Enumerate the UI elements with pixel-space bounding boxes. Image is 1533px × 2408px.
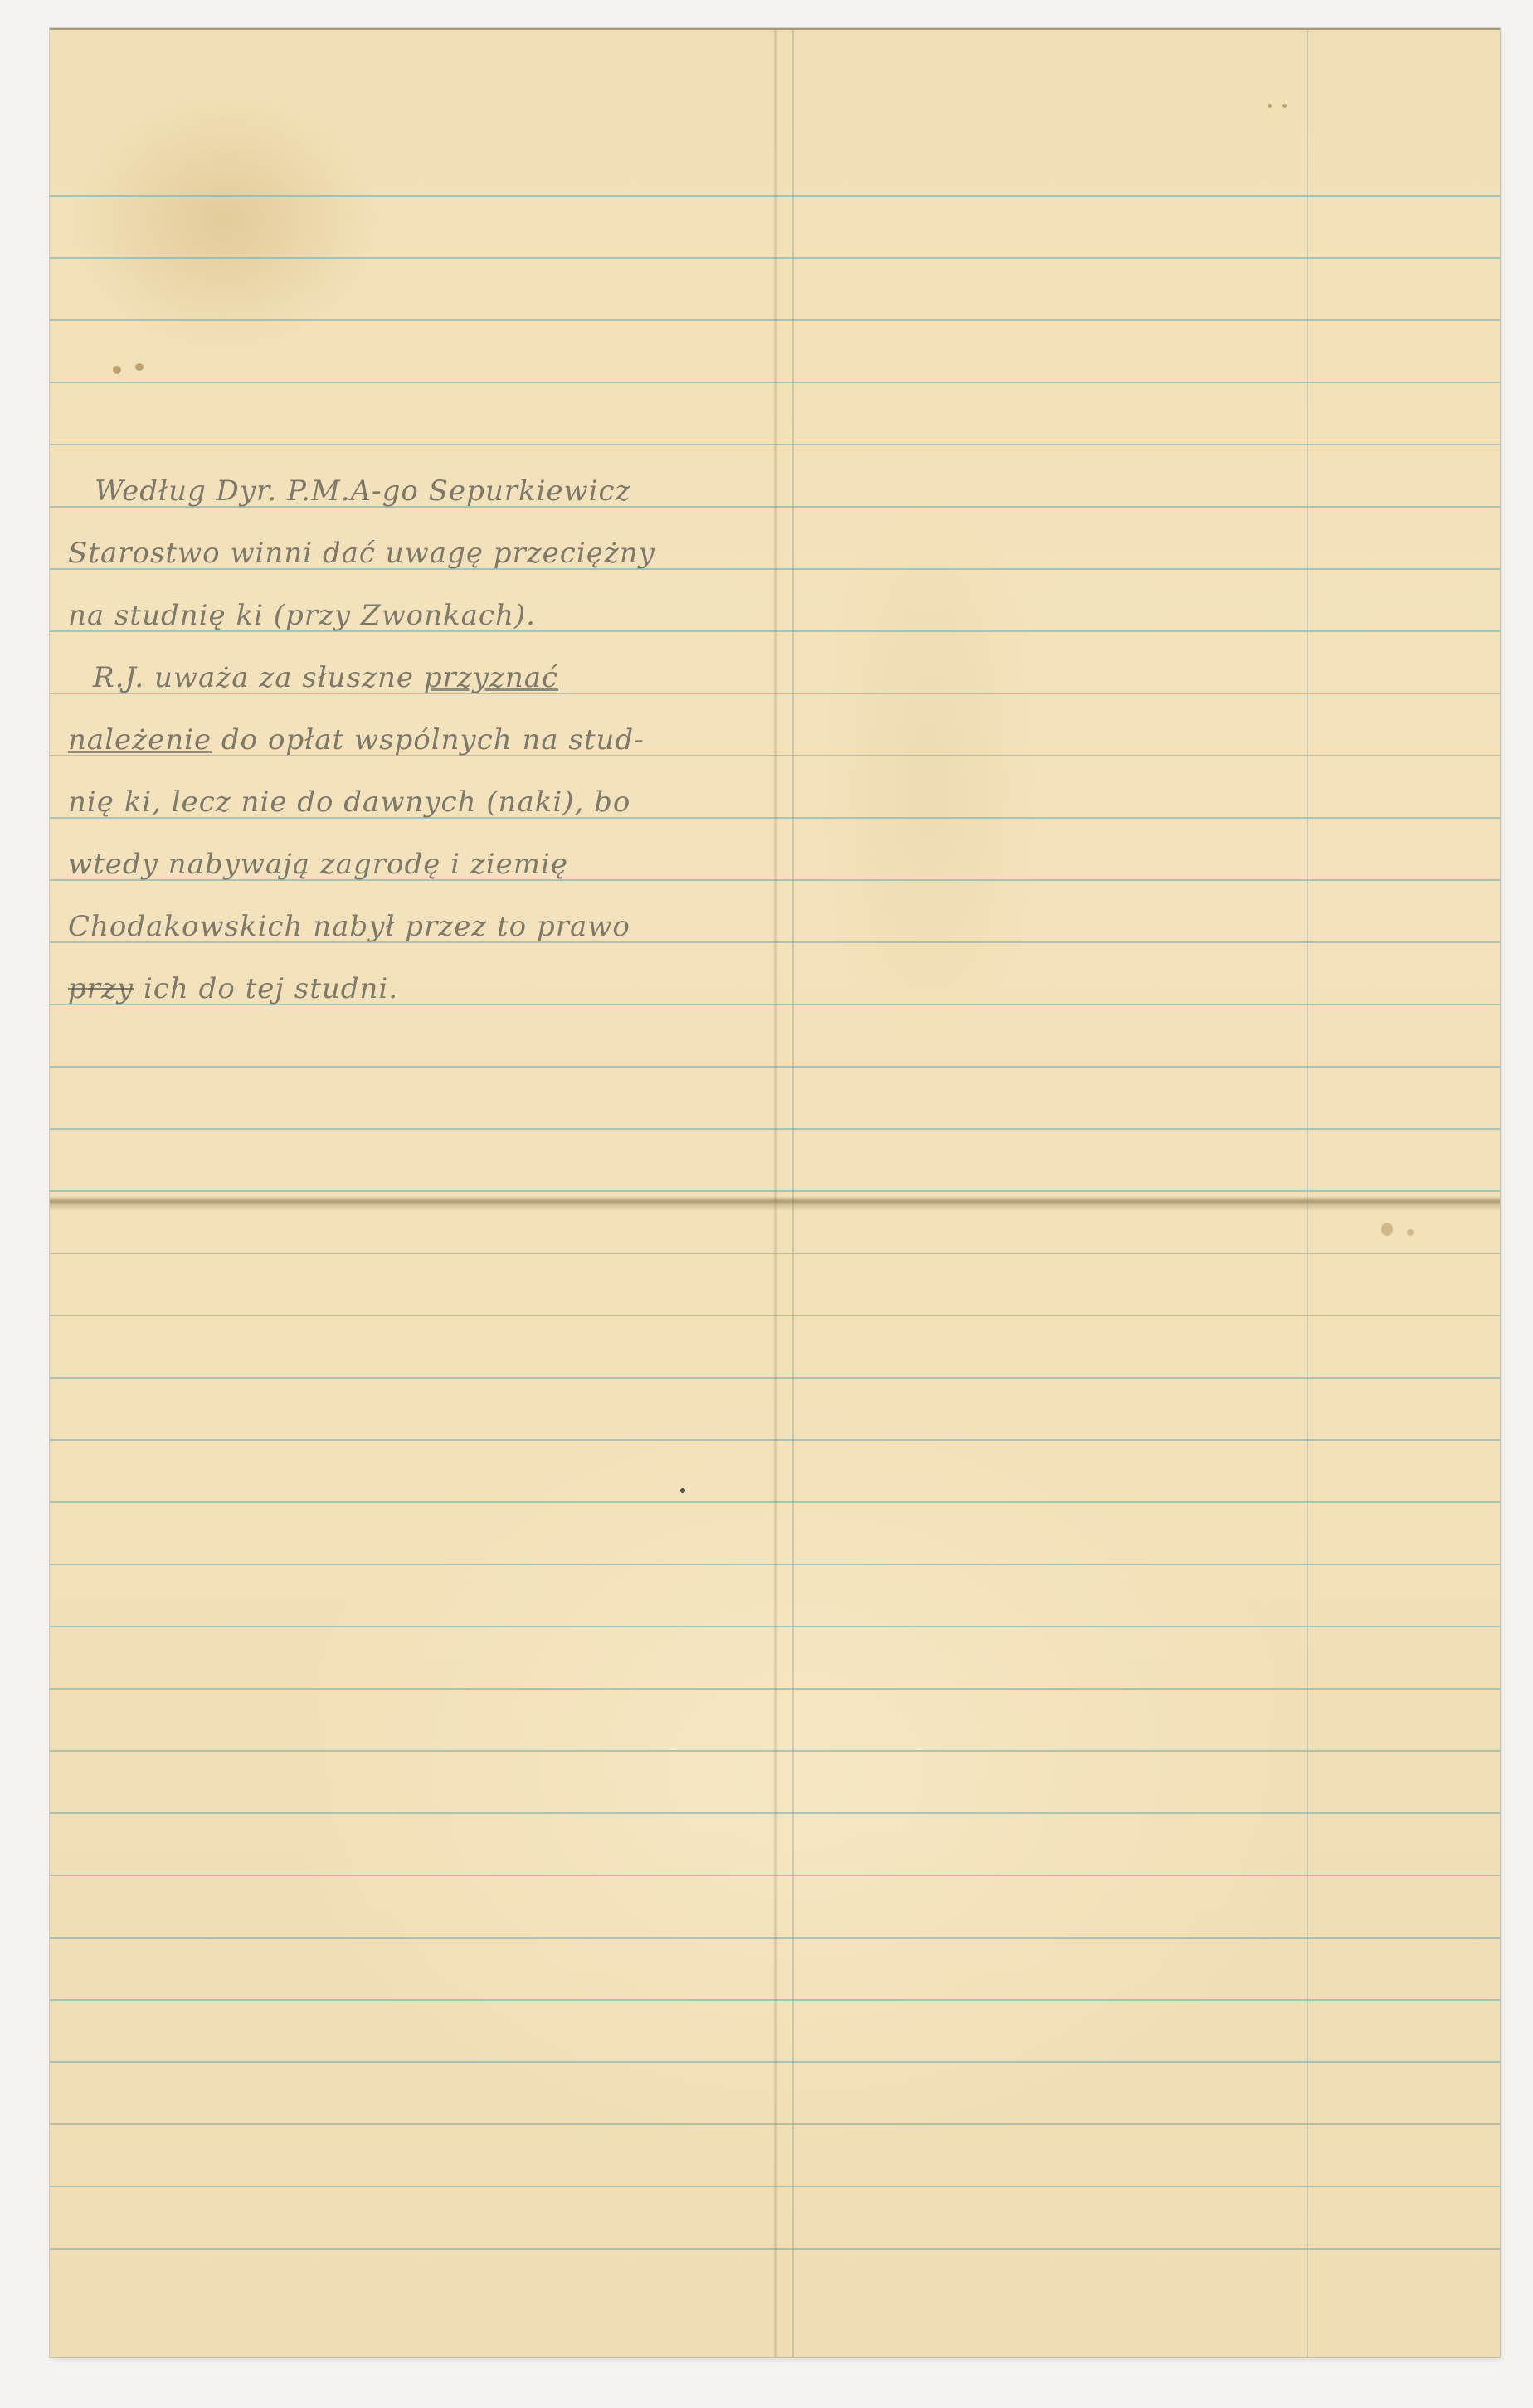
handwriting-line-6: nię ki, lecz nie do dawnych (naki), bo — [68, 786, 630, 819]
handwriting-line-9: przy ich do tej studni. — [68, 972, 398, 1005]
margin-line-right — [1307, 30, 1308, 2357]
handwriting-line-2: Starostwo winni dać uwagę przeciężny — [68, 537, 655, 570]
underlined-word: przyznać — [424, 661, 558, 694]
handwriting-line-1: Według Dyr. P.M.A-go Sepurkiewicz — [95, 474, 631, 508]
handwriting-text: ich do tej studni. — [134, 972, 398, 1005]
handwriting-line-4: R.J. uważa za słuszne przyznać — [93, 661, 558, 694]
ruled-paper-sheet: Według Dyr. P.M.A-go Sepurkiewicz Staros… — [50, 28, 1500, 2357]
vertical-fold-crease — [773, 30, 778, 2357]
stain-spot — [113, 366, 121, 374]
handwriting-text: do opłat wspólnych na stud- — [212, 723, 645, 756]
crossed-out-word: przy — [68, 972, 134, 1005]
handwriting-text: R.J. uważa za słuszne — [93, 661, 424, 694]
margin-line-center — [792, 30, 794, 2357]
handwriting-line-3: na studnię ki (przy Zwonkach). — [68, 599, 536, 632]
horizontal-fold-crease — [50, 1196, 1500, 1211]
stain-spot — [1381, 1223, 1393, 1236]
underlined-word: należenie — [68, 723, 212, 756]
handwriting-line-7: wtedy nabywają zagrodę i ziemię — [68, 848, 568, 881]
stain-spot — [1268, 104, 1272, 108]
handwriting-line-5: należenie do opłat wspólnych na stud- — [68, 723, 645, 756]
stain-spot — [680, 1488, 685, 1493]
stain-spot — [1282, 104, 1287, 108]
stain-spot — [1407, 1229, 1414, 1236]
stain-spot — [135, 363, 144, 371]
handwriting-line-8: Chodakowskich nabył przez to prawo — [68, 910, 630, 943]
